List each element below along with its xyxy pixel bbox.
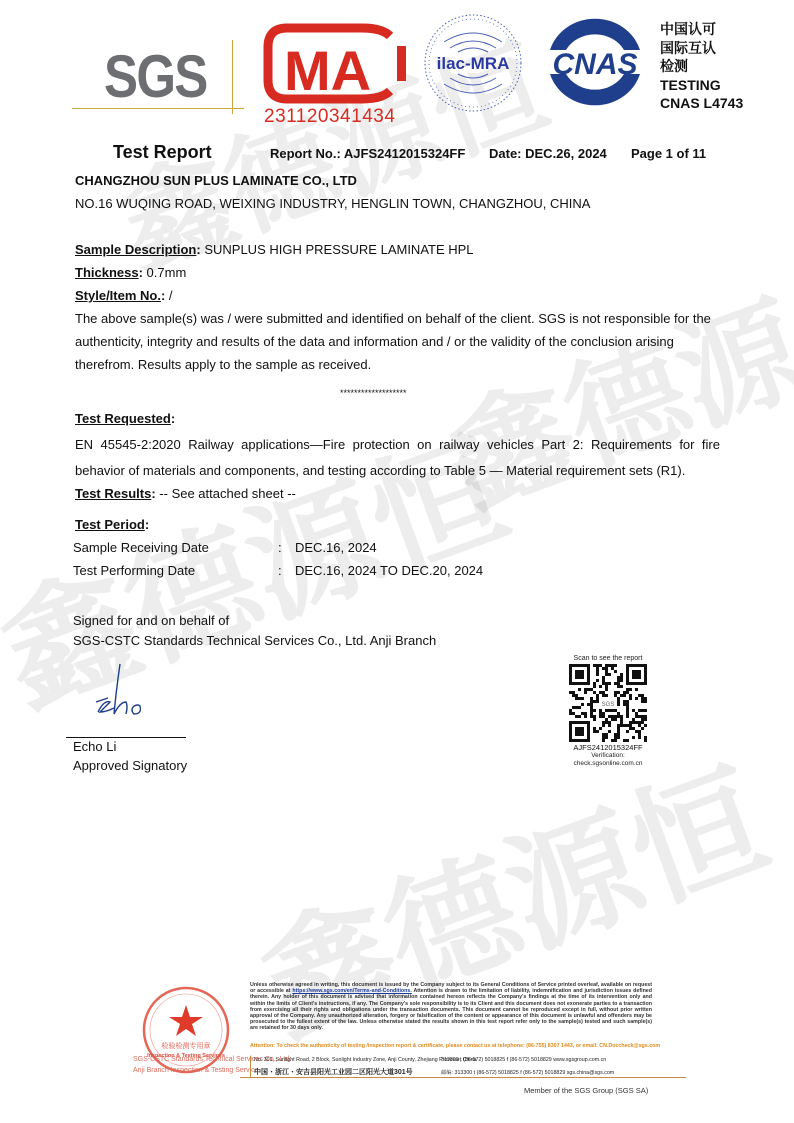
contact-english: 313300 t (86-572) 5018825 f (86-572) 501…: [441, 1057, 606, 1063]
page-indicator: Page 1 of 11: [631, 146, 706, 161]
signature-icon: [90, 662, 160, 722]
field-label: Sample Description: [75, 242, 196, 257]
handwritten-signature: [90, 662, 160, 722]
field-value: -- See attached sheet --: [156, 486, 296, 501]
test-requested-text: EN 45545-2:2020 Railway applications—Fir…: [75, 432, 720, 484]
signing-organization: SGS-CSTC Standards Technical Services Co…: [73, 633, 436, 648]
period-value: DEC.16, 2024: [295, 540, 377, 555]
client-company: CHANGZHOU SUN PLUS LAMINATE CO., LTD: [75, 173, 357, 188]
verification-url[interactable]: check.sgsonline.com.cn: [568, 760, 648, 768]
sample-description: Sample Description: SUNPLUS HIGH PRESSUR…: [75, 242, 474, 257]
contact-chinese: 邮编: 313300 t (86-572) 5018825 f (86-572)…: [441, 1068, 614, 1076]
qr-block: Scan to see the report SGS AJFS241201532…: [568, 655, 648, 768]
sample-style-item: Style/Item No.: /: [75, 288, 173, 303]
cma-number: 231120341434: [264, 106, 395, 128]
report-date: Date: DEC.26, 2024: [489, 146, 607, 161]
period-row: Test Performing Date : DEC.16, 2024 TO D…: [73, 563, 573, 578]
qr-code[interactable]: SGS: [569, 664, 647, 742]
svg-text:检验检测专用章: 检验检测专用章: [162, 1041, 211, 1050]
watermark: 鑫德源恒: [425, 213, 794, 539]
report-title: Test Report: [113, 142, 212, 163]
period-label: Sample Receiving Date: [73, 540, 209, 555]
client-address: NO.16 WUQING ROAD, WEIXING INDUSTRY, HEN…: [75, 196, 590, 211]
signature-line: [66, 737, 186, 738]
cma-logo: MA 231120341434: [262, 22, 412, 127]
qr-caption: Scan to see the report: [568, 655, 648, 662]
field-label: Test Results: [75, 486, 151, 501]
field-label: Thickness: [75, 265, 139, 280]
office-address: No. 301, Sunlight Road, 2 Block, Sunligh…: [250, 1056, 690, 1077]
footer-rule: [240, 1077, 686, 1078]
logo-rule: [232, 40, 233, 114]
field-value: 0.7mm: [143, 265, 186, 280]
terms-link[interactable]: https://www.sgs.com/en/Terms-and-Conditi…: [292, 988, 411, 994]
qr-code-icon: SGS: [569, 664, 647, 742]
separator: *******************: [340, 388, 407, 398]
sgs-membership: Member of the SGS Group (SGS SA): [524, 1086, 648, 1095]
ilac-mra-logo: ilac-MRA: [422, 12, 524, 114]
verification-label: Verification:: [568, 752, 648, 760]
test-period-heading: Test Period:: [75, 517, 149, 532]
field-label: Style/Item No.: [75, 288, 161, 303]
period-row: Sample Receiving Date : DEC.16, 2024: [73, 540, 573, 555]
period-value: DEC.16, 2024 TO DEC.20, 2024: [295, 563, 483, 578]
period-label: Test Performing Date: [73, 563, 195, 578]
sample-thickness: Thickness: 0.7mm: [75, 265, 186, 280]
svg-text:SGS: SGS: [602, 702, 615, 708]
authenticity-notice: Attention: To check the authenticity of …: [250, 1043, 670, 1049]
report-number: Report No.: AJFS2412015324FF: [270, 146, 465, 161]
svg-text:ilac-MRA: ilac-MRA: [437, 54, 510, 73]
legal-terms: Unless otherwise agreed in writing, this…: [250, 982, 652, 1032]
accreditation-text: 中国认可 国际互认 检测 TESTING CNAS L4743: [660, 20, 743, 113]
signed-on-behalf: Signed for and on behalf of: [73, 613, 229, 628]
logo-rule: [72, 108, 244, 109]
disclaimer-paragraph: The above sample(s) was / were submitted…: [75, 307, 720, 376]
field-value: /: [165, 288, 172, 303]
cnas-mark-icon: CNAS: [540, 14, 650, 109]
cnas-logo: CNAS: [540, 14, 650, 109]
svg-text:CNAS: CNAS: [552, 48, 637, 81]
signatory-name: Echo Li: [73, 739, 116, 754]
qr-report-id: AJFS2412015324FF: [568, 743, 648, 752]
signatory-role: Approved Signatory: [73, 758, 187, 773]
ilac-mra-icon: ilac-MRA: [422, 12, 524, 114]
sgs-logo: SGS: [72, 40, 244, 110]
svg-text:MA: MA: [284, 39, 371, 102]
test-requested-heading: Test Requested:: [75, 411, 175, 426]
field-value: SUNPLUS HIGH PRESSURE LAMINATE HPL: [201, 242, 474, 257]
cma-mark-icon: MA: [262, 22, 412, 107]
test-results: Test Results: -- See attached sheet --: [75, 486, 296, 501]
address-chinese: 中国・浙江・安吉县阳光工业园二区阳光大道301号: [254, 1067, 413, 1077]
sgs-logo-text: SGS: [104, 42, 207, 111]
